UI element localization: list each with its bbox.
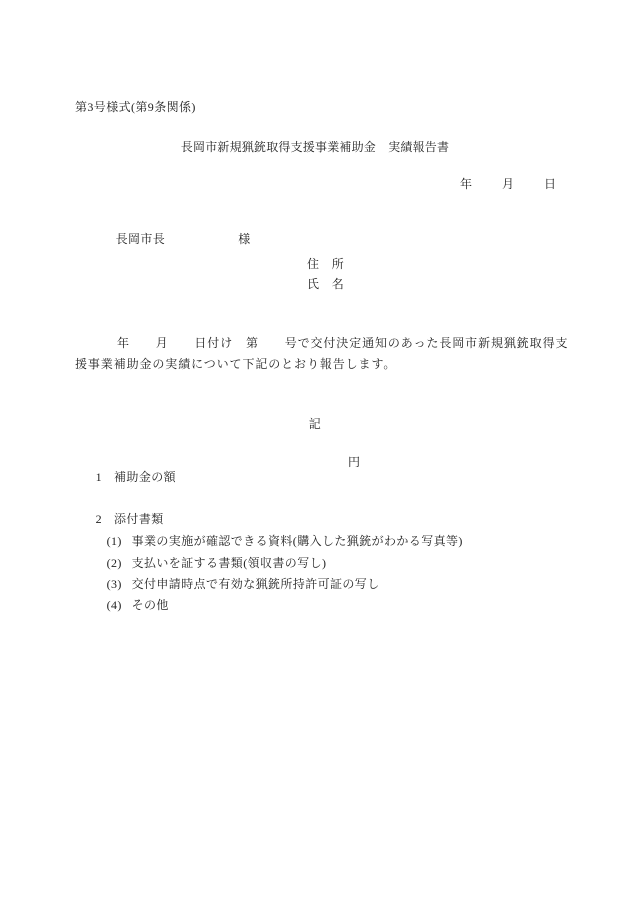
name-label: 氏 名 [307,277,344,292]
form-number: 第3号様式(第9条関係) [75,100,196,115]
subsidy-amount-row: 1補助金の額円 [82,455,630,500]
recipient-name: 長岡市長 [116,232,166,246]
document-title: 長岡市新規猟銃取得支援事業補助金 実績報告書 [0,140,630,155]
body-text-line1: 年 月 日付け 第 号で交付決定通知のあった長岡市新規猟銃取得支 [117,336,568,351]
subsidy-amount-label: 補助金の額 [114,470,176,484]
date-blank-line: 年 月 日 [460,177,558,192]
address-label: 住 所 [307,257,344,272]
attachment-number-4: (4) [107,598,132,613]
attachment-item-4: (4)その他 [93,583,169,628]
record-heading: 記 [0,417,630,432]
honorific-sama: 様 [238,232,250,246]
body-text-line2: 援事業補助金の実績について下記のとおり報告します。 [75,357,396,372]
document-page: 第3号様式(第9条関係) 長岡市新規猟銃取得支援事業補助金 実績報告書 年 月 … [0,0,630,903]
recipient-line: 長岡市長様 [102,217,251,262]
item-number-1: 1 [96,470,102,484]
attachment-text-4: その他 [132,598,169,612]
yen-unit-label: 円 [348,455,360,470]
